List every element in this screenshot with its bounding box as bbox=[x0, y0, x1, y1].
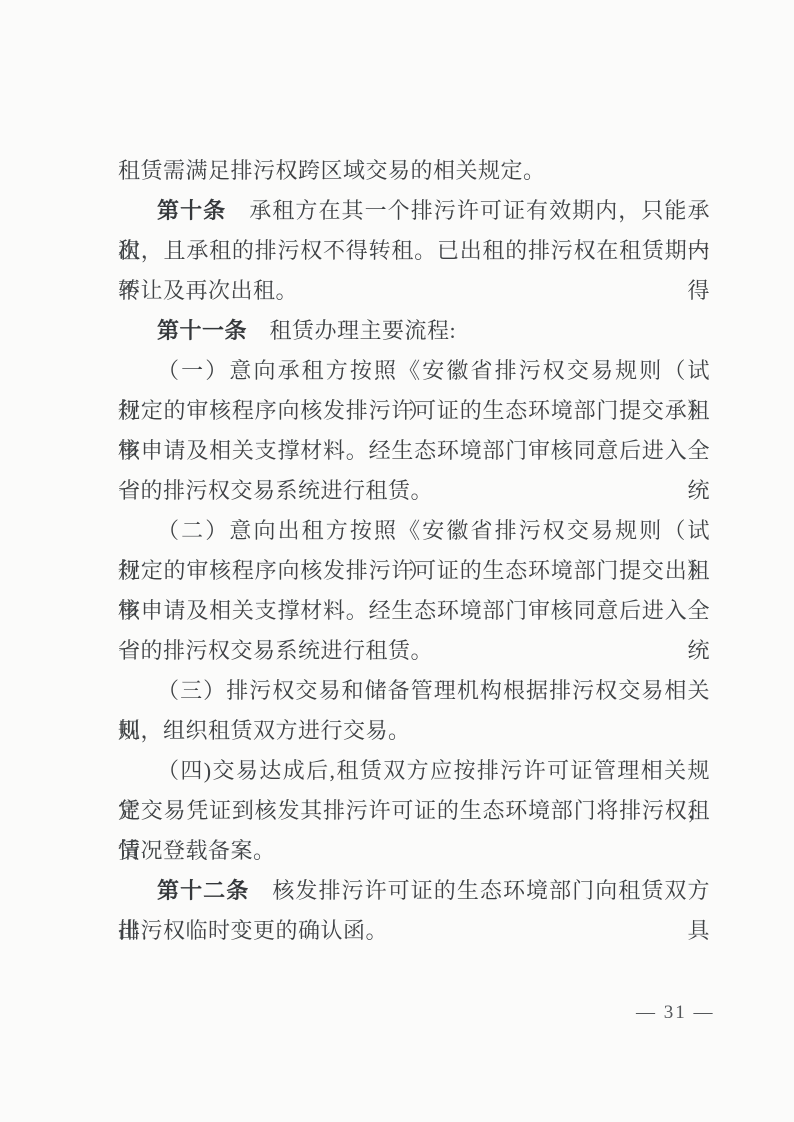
text-line: 第十一条 租赁办理主要流程: bbox=[118, 311, 710, 351]
text-line: （二）意向出租方按照《安徽省排污权交易规则（试行）》 bbox=[118, 511, 710, 551]
text-line: 情况登载备案。 bbox=[118, 831, 710, 871]
line-text: 租赁办理主要流程: bbox=[247, 318, 456, 343]
document-page: 租赁需满足排污权跨区域交易的相关规定。 第十条 承租方在其一个排污许可证有效期内… bbox=[0, 0, 794, 1122]
page-number: — 31 — bbox=[636, 1000, 726, 1026]
line-text: 转让及再次出租。 bbox=[118, 278, 298, 303]
text-line: 则，组织租赁双方进行交易。 bbox=[118, 711, 710, 751]
text-line: 规定的审核程序向核发排污许可证的生态环境部门提交承租审 bbox=[118, 391, 710, 431]
line-text: 一的排污权交易系统进行租赁。 bbox=[118, 478, 433, 503]
text-line: （四)交易达成后,租赁双方应按排污许可证管理相关规定， bbox=[118, 751, 710, 791]
line-text: 则，组织租赁双方进行交易。 bbox=[118, 718, 411, 743]
line-text: 一的排污权交易系统进行租赁。 bbox=[118, 638, 433, 663]
text-line: 租赁需满足排污权跨区域交易的相关规定。 bbox=[118, 151, 710, 191]
line-text: 租赁需满足排污权跨区域交易的相关规定。 bbox=[118, 158, 546, 183]
text-line: 凭交易凭证到核发其排污许可证的生态环境部门将排污权租赁 bbox=[118, 791, 710, 831]
text-line: 核申请及相关支撑材料。经生态环境部门审核同意后进入全省统 bbox=[118, 431, 710, 471]
text-line: 次，且承租的排污权不得转租。已出租的排污权在租赁期内不得 bbox=[118, 231, 710, 271]
article-number: 第十一条 bbox=[157, 318, 247, 343]
line-text: 情况登载备案。 bbox=[118, 838, 276, 863]
document-body: 租赁需满足排污权跨区域交易的相关规定。 第十条 承租方在其一个排污许可证有效期内… bbox=[118, 151, 710, 951]
article-number: 第十条 bbox=[157, 198, 226, 223]
text-line: 第十二条 核发排污许可证的生态环境部门向租赁双方出具 bbox=[118, 871, 710, 911]
text-line: （三）排污权交易和储备管理机构根据排污权交易相关规 bbox=[118, 671, 710, 711]
text-line: 第十条 承租方在其一个排污许可证有效期内，只能承租一 bbox=[118, 191, 710, 231]
article-number: 第十二条 bbox=[157, 878, 249, 903]
text-line: 规定的审核程序向核发排污许可证的生态环境部门提交出租审 bbox=[118, 551, 710, 591]
line-text: 排污权临时变更的确认函。 bbox=[118, 918, 388, 943]
text-line: 核申请及相关支撑材料。经生态环境部门审核同意后进入全省统 bbox=[118, 591, 710, 631]
text-line: （一）意向承租方按照《安徽省排污权交易规则（试行）》 bbox=[118, 351, 710, 391]
